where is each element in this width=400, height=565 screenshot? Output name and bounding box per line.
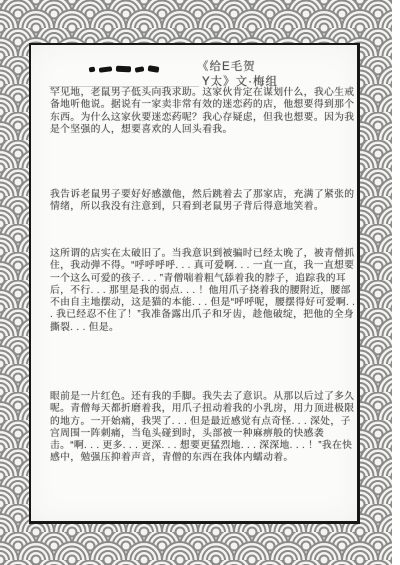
scribble-mark <box>99 66 113 73</box>
story-title-line1: 《给E毛贺 <box>197 60 278 75</box>
scribble-mark <box>148 65 160 73</box>
scribble-marks <box>89 63 159 75</box>
story-paragraph-2: 我告诉老鼠男子要好好感激他，然后跳着去了那家店，充满了紧张的情绪，所以我没有注意… <box>50 189 359 214</box>
scribble-mark <box>89 66 96 72</box>
story-paragraph-4: 眼前是一片红色。还有我的手脚。我失去了意识。从那以后过了多久呢。青僧每天都折磨着… <box>50 391 359 465</box>
story-title: 《给E毛贺 Y太》文·梅组 <box>197 60 278 90</box>
scanned-page-canvas: 《给E毛贺 Y太》文·梅组 罕见地，老鼠男子低头向我求助。这家伙肯定在谋划什么，… <box>0 0 400 565</box>
scribble-mark <box>135 66 145 72</box>
story-paragraph-1: 罕见地，老鼠男子低头向我求助。这家伙肯定在谋划什么，我心生戒备地听他说。据说有一… <box>50 87 359 136</box>
story-paragraph-3: 这所谓的店实在太破旧了。当我意识到被骗时已经太晚了，被青僧抓住，我动弹不得。“呼… <box>50 248 359 334</box>
scribble-mark <box>116 66 131 73</box>
scanned-page: 《给E毛贺 Y太》文·梅组 罕见地，老鼠男子低头向我求助。这家伙肯定在谋划什么，… <box>29 43 360 524</box>
